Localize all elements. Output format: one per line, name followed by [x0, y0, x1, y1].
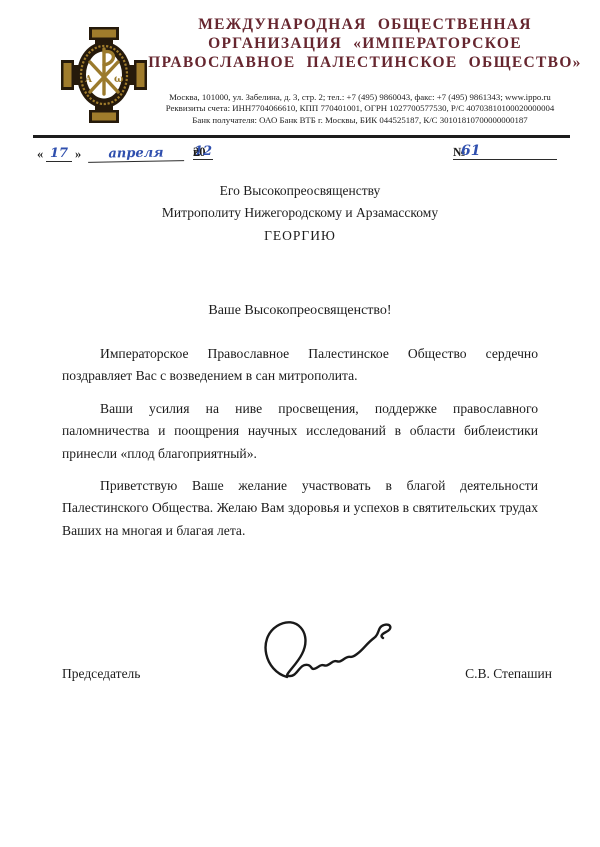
handwritten-signature: [253, 617, 413, 687]
letter-page: A ω МЕЖДУНАРОДНАЯ ОБЩЕСТВЕННАЯ ОРГАНИЗАЦ…: [0, 0, 600, 847]
alpha-letter: A: [84, 75, 93, 85]
contact-bank-line: Банк получателя: ОАО Банк ВТБ г. Москвы,…: [138, 115, 582, 126]
date-day-handwritten: 17: [46, 146, 72, 162]
addressee-line-2: Митрополиту Нижегородскому и Арзамасском…: [0, 202, 600, 224]
date-close-quote: »: [75, 147, 81, 162]
addressee-name: ГЕОРГИЮ: [0, 228, 600, 244]
org-name-line-2: ОРГАНИЗАЦИЯ «ИМПЕРАТОРСКОЕ: [148, 34, 582, 53]
paragraph-3: Приветствую Ваше желание участвовать в б…: [62, 475, 538, 542]
date-open-quote: «: [37, 147, 43, 162]
addressee-line-1: Его Высокопреосвященству: [0, 180, 600, 202]
letter-body: Императорское Православное Палестинское …: [62, 343, 538, 552]
contact-requisites-line: Реквизиты счета: ИНН7704066610, КПП 7704…: [138, 103, 582, 114]
signer-title: Председатель: [62, 666, 140, 682]
paragraph-1: Императорское Православное Палестинское …: [62, 343, 538, 388]
org-name: МЕЖДУНАРОДНАЯ ОБЩЕСТВЕННАЯ ОРГАНИЗАЦИЯ «…: [148, 15, 582, 72]
date-month-handwritten: апреля: [88, 145, 184, 163]
chi-rho-cross-emblem-icon: A ω: [60, 26, 148, 124]
number-value-handwritten: 61: [453, 143, 557, 160]
dateline: « 17 » апреля 2012 г. № 61: [33, 142, 570, 164]
addressee-block: Его Высокопреосвященству Митрополиту Ниж…: [0, 180, 600, 224]
signer-name: С.В. Степашин: [465, 666, 552, 682]
contact-address-line: Москва, 101000, ул. Забелина, д. 3, стр.…: [138, 92, 582, 103]
contact-block: Москва, 101000, ул. Забелина, д. 3, стр.…: [138, 92, 582, 126]
year-suffix: г.: [193, 145, 200, 160]
omega-letter: ω: [114, 74, 124, 85]
header-divider: [33, 135, 570, 138]
paragraph-2: Ваши усилия на ниве просвещения, поддерж…: [62, 398, 538, 465]
salutation: Ваше Высокопреосвященство!: [0, 303, 600, 319]
org-name-line-1: МЕЖДУНАРОДНАЯ ОБЩЕСТВЕННАЯ: [148, 15, 582, 34]
org-name-line-3: ПРАВОСЛАВНОЕ ПАЛЕСТИНСКОЕ ОБЩЕСТВО»: [148, 53, 582, 72]
